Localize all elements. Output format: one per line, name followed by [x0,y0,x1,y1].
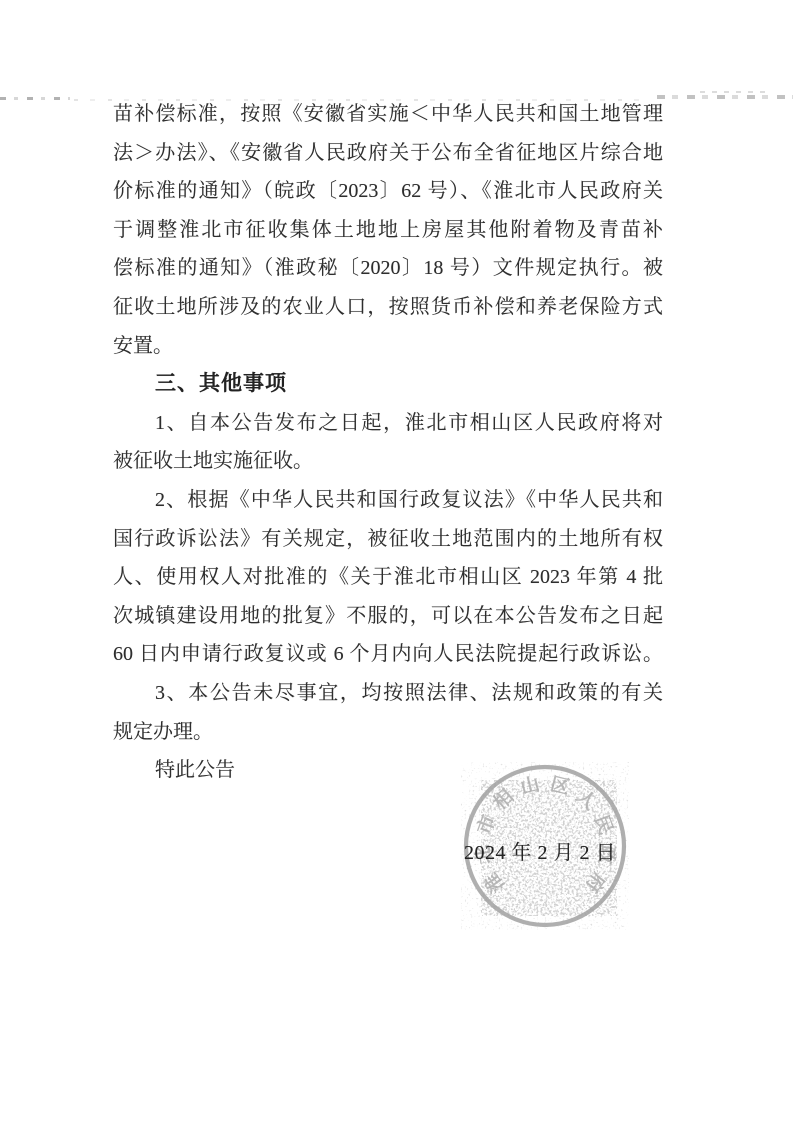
scan-artifact-right [657,95,793,99]
section-heading-other-matters: 三、其他事项 [113,365,663,404]
text-line: 次城镇建设用地的批复》不服的，可以在本公告发布之日起 [113,597,663,636]
text-line: 60 日内申请行政复议或 6 个月内向人民法院提起行政诉讼。 [113,635,663,674]
text-line: 人、使用权人对批准的《关于淮北市相山区 2023 年第 4 批 [113,558,663,597]
text-line: 征收土地所涉及的农业人口，按照货币补偿和养老保险方式 [113,288,663,327]
text-line: 安置。 [113,327,663,366]
text-line: 苗补偿标准，按照《安徽省实施＜中华人民共和国土地管理 [113,95,663,134]
issue-date: 2024 年 2 月 2 日 [464,836,616,865]
text-line: 偿标准的通知》（淮政秘〔2020〕18 号）文件规定执行。被 [113,249,663,288]
text-line: 3、本公告未尽事宜，均按照法律、法规和政策的有关 [113,674,663,713]
text-line: 于调整淮北市征收集体土地地上房屋其他附着物及青苗补 [113,211,663,250]
text-line: 价标准的通知》（皖政〔2023〕62 号）、《淮北市人民政府关 [113,172,663,211]
text-line: 2、根据《中华人民共和国行政复议法》《中华人民共和 [113,481,663,520]
announcement-body: 苗补偿标准，按照《安徽省实施＜中华人民共和国土地管理 法＞办法》、《安徽省人民政… [113,95,663,790]
text-line: 被征收土地实施征收。 [113,442,663,481]
document-page: 苗补偿标准，按照《安徽省实施＜中华人民共和国土地管理 法＞办法》、《安徽省人民政… [0,0,793,1121]
text-line: 规定办理。 [113,713,663,752]
scan-artifact-right-upper [700,91,770,93]
scan-artifact-left [0,97,70,100]
text-line: 国行政诉讼法》有关规定，被征收土地范围内的土地所有权 [113,520,663,559]
text-line: 1、自本公告发布之日起，淮北市相山区人民政府将对 [113,404,663,443]
text-line: 法＞办法》、《安徽省人民政府关于公布全省征地区片综合地 [113,134,663,173]
